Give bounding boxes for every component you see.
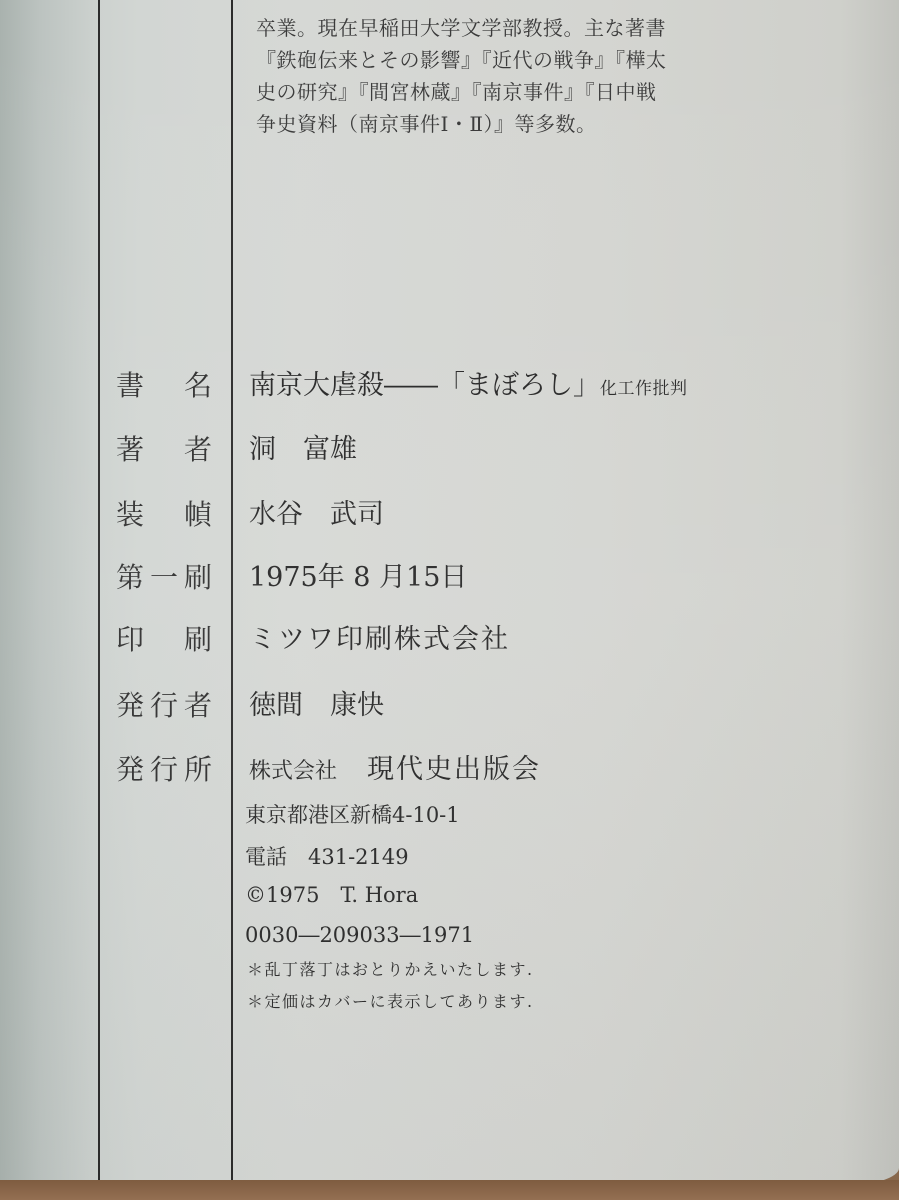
author-name: 洞 富雄 <box>249 428 357 472</box>
colophon-row-publisher-house: 発 行 所 株式会社現代史出版会 <box>0 748 899 798</box>
bio-line: 争史資料（南京事件Ⅰ・Ⅱ）』等多数。 <box>256 108 696 140</box>
copyright-line: ©1975 T. Hora <box>245 880 418 910</box>
colophon-row-title: 書 名 南京大虐殺――「まぼろし」化工作批判 <box>0 364 899 414</box>
book-code: 0030―209033―1971 <box>245 920 474 950</box>
author-biography: ……る。早稲田大学文学部 卒業。現在早稲田大学文学部教授。主な著書 『鉄砲伝来と… <box>256 0 696 140</box>
colophon-row-first-print: 第 一 刷 1975年 8 月15日 <box>0 556 899 606</box>
colophon-row-printer: 印 刷 ミツワ印刷株式会社 <box>0 618 899 668</box>
table-surface <box>0 1180 899 1200</box>
first-print-date: 1975年 8 月15日 <box>249 556 467 600</box>
company-type: 株式会社 <box>249 759 337 784</box>
publisher-person-name: 徳間 康快 <box>249 684 384 728</box>
company-name: 現代史出版会 <box>367 754 541 785</box>
label-publisher-person: 発 行 者 <box>116 684 212 728</box>
colophon-row-publisher-person: 発 行 者 徳間 康快 <box>0 684 899 734</box>
publisher-address: 東京都港区新橋4-10-1 <box>245 800 460 830</box>
label-design: 装 幀 <box>116 493 212 537</box>
note-misprint-exchange: ＊乱丁落丁はおとりかえいたします. <box>247 958 534 982</box>
printer-name: ミツワ印刷株式会社 <box>249 618 510 662</box>
label-publisher-house: 発 行 所 <box>116 748 212 792</box>
label-author: 著 者 <box>116 428 212 472</box>
book-page: ……る。早稲田大学文学部 卒業。現在早稲田大学文学部教授。主な著書 『鉄砲伝来と… <box>0 0 899 1186</box>
publisher-phone: 電話 431-2149 <box>245 842 409 872</box>
publisher-house: 株式会社現代史出版会 <box>249 748 541 794</box>
bio-line: 卒業。現在早稲田大学文学部教授。主な著書 <box>256 12 696 44</box>
label-printer: 印 刷 <box>116 618 212 662</box>
book-subtitle: 化工作批判 <box>600 379 688 399</box>
bio-line-cut: ……る。早稲田大学文学部 <box>256 0 696 12</box>
book-title-main: 南京大虐殺――「まぼろし」 <box>249 370 600 401</box>
note-price-on-cover: ＊定価はカバーに表示してあります. <box>247 990 534 1014</box>
label-first-print: 第 一 刷 <box>116 556 212 600</box>
colophon-row-author: 著 者 洞 富雄 <box>0 428 899 478</box>
bio-line: 『鉄砲伝来とその影響』『近代の戦争』『樺太 <box>256 44 696 76</box>
bio-line: 史の研究』『間宮林蔵』『南京事件』『日中戦 <box>256 76 696 108</box>
label-title: 書 名 <box>116 364 212 408</box>
designer-name: 水谷 武司 <box>249 493 384 537</box>
colophon-row-design: 装 幀 水谷 武司 <box>0 493 899 543</box>
book-title: 南京大虐殺――「まぼろし」化工作批判 <box>249 364 688 411</box>
